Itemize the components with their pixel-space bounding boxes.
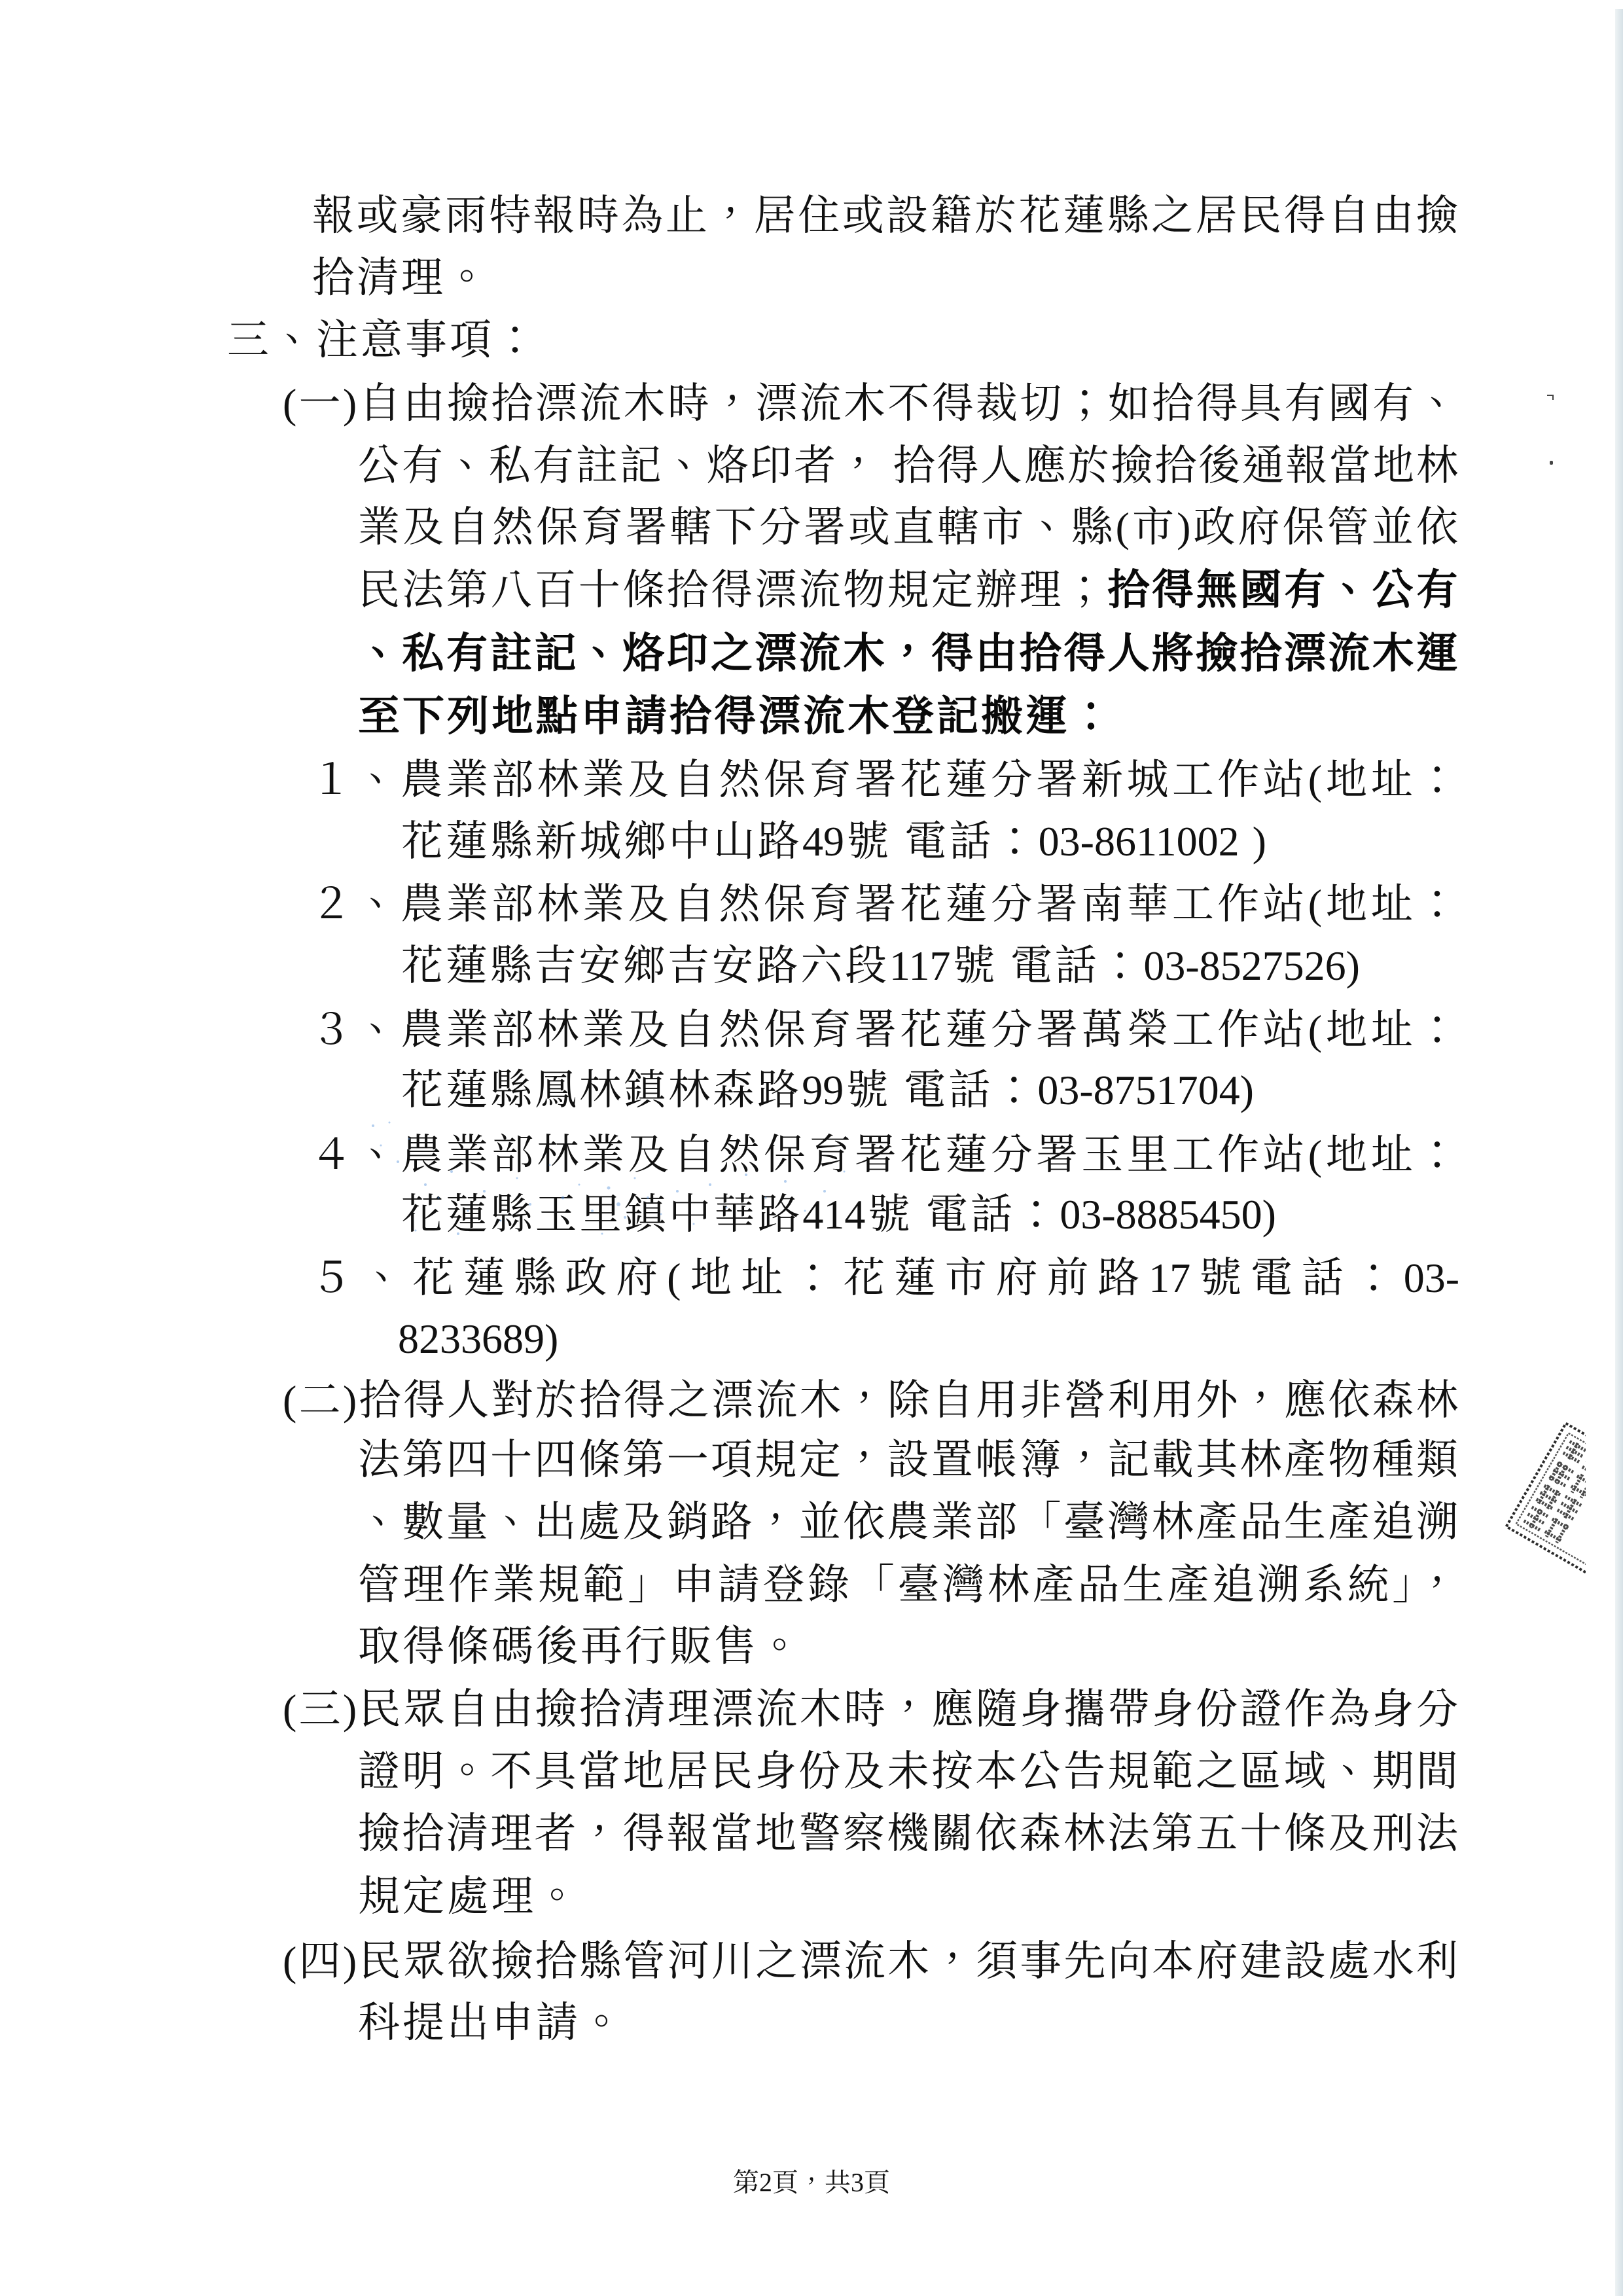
bold-text-run: 、私有註記、烙印之漂流木，得由拾得人將撿拾漂流木運 bbox=[358, 630, 1458, 677]
text-run: 民眾自由撿拾清理漂流木時，應隨身攜帶身份證作為身分 bbox=[357, 1686, 1458, 1732]
list-item-first-line: (三)民眾自由撿拾清理漂流木時，應隨身攜帶身份證作為身分 bbox=[283, 1678, 1458, 1741]
body-text-line: 拾清理。 bbox=[312, 247, 490, 310]
body-text-line: 取得條碼後再行販售。 bbox=[358, 1615, 803, 1678]
body-text-line: 民法第八百十條拾得漂流物規定辦理；拾得無國有、公有 bbox=[358, 559, 1458, 622]
location-item: １、農業部林業及自然保育署花蓮分署新城工作站(地址： bbox=[310, 749, 1458, 812]
item-marker: (一) bbox=[283, 380, 357, 427]
location-item: ２、農業部林業及自然保育署花蓮分署南華工作站(地址： bbox=[310, 873, 1458, 936]
scan-edge-strip bbox=[1615, 9, 1623, 2296]
text-run: 公有、私有註記、烙印者， 拾得人應於撿拾後通報當地林 bbox=[358, 442, 1458, 489]
list-item-first-line: (四)民眾欲撿拾縣管河川之漂流木，須事先向本府建設處水利 bbox=[283, 1930, 1458, 1993]
location-line: 農業部林業及自然保育署花蓮分署萬榮工作站(地址： bbox=[401, 1007, 1458, 1053]
body-text-line-bold: 至下列地點申請拾得漂流木登記搬運： bbox=[358, 685, 1115, 748]
location-number: ３、 bbox=[310, 1007, 401, 1053]
bold-text-run: 拾得無國有、公有 bbox=[1105, 567, 1458, 613]
body-text-line: 證明。不具當地居民身份及未按本公告規範之區域、期間 bbox=[358, 1740, 1458, 1803]
body-text-line: 管理作業規範」申請登錄「臺灣林產品生產追溯系統」， bbox=[358, 1554, 1458, 1617]
location-address-line: 花蓮縣吉安鄉吉安路六段117號 電話：03-8527526) bbox=[401, 935, 1360, 997]
body-text-line-bold: 、私有註記、烙印之漂流木，得由拾得人將撿拾漂流木運 bbox=[358, 622, 1458, 685]
body-text-line: 撿拾清理者，得報當地警察機關依森林法第五十條及刑法 bbox=[358, 1803, 1458, 1865]
location-number: ２、 bbox=[310, 881, 401, 927]
body-text-line: 公有、私有註記、烙印者， 拾得人應於撿拾後通報當地林 bbox=[358, 435, 1458, 497]
location-number: １、 bbox=[310, 757, 401, 803]
section-heading: 三、注意事項： bbox=[227, 309, 539, 372]
location-line: 農業部林業及自然保育署花蓮分署南華工作站(地址： bbox=[401, 881, 1458, 927]
body-text-line: 規定處理。 bbox=[358, 1865, 580, 1928]
body-text-line: 業及自然保育署轄下分署或直轄市、縣(市)政府保管並依 bbox=[358, 496, 1458, 559]
location-number: ５、 bbox=[310, 1255, 412, 1301]
location-line: 農業部林業及自然保育署花蓮分署新城工作站(地址： bbox=[401, 757, 1458, 803]
body-text-line: 法第四十四條第一項規定，設置帳簿，記載其林產物種類 bbox=[358, 1429, 1458, 1492]
list-item-first-line: (二)拾得人對於拾得之漂流木，除自用非營利用外，應依森林 bbox=[283, 1369, 1458, 1432]
body-text-line: 科提出申請。 bbox=[358, 1992, 625, 2054]
body-text-line: 報或豪雨特報時為止，居住或設籍於花蓮縣之居民得自由撿 bbox=[312, 185, 1458, 247]
bold-text-run: 至下列地點申請拾得漂流木登記搬運： bbox=[358, 693, 1115, 740]
location-item: ５、花蓮縣政府(地址：花蓮市府前路17號電話：03- bbox=[310, 1247, 1459, 1310]
text-run: 民法第八百十條拾得漂流物規定辦理； bbox=[358, 567, 1105, 613]
item-marker: (四) bbox=[283, 1938, 357, 1984]
body-text-line: 、數量、出處及銷路，並依農業部「臺灣林產品生產追溯 bbox=[358, 1491, 1458, 1554]
text-run: 拾得人對於拾得之漂流木，除自用非營利用外，應依森林 bbox=[357, 1377, 1458, 1424]
document-page: 報或豪雨特報時為止，居住或設籍於花蓮縣之居民得自由撿 拾清理。 三、注意事項： … bbox=[0, 0, 1623, 2296]
item-marker: (三) bbox=[283, 1686, 357, 1732]
footer-page-indicator: 第2頁，共3頁 bbox=[713, 2166, 910, 2199]
scan-speckles bbox=[353, 1100, 877, 1244]
location-address-line: 花蓮縣新城鄉中山路49號 電話：03-8611002 ) bbox=[401, 810, 1266, 873]
location-item: ３、農業部林業及自然保育署花蓮分署萬榮工作站(地址： bbox=[310, 999, 1458, 1062]
text-run: 業及自然保育署轄下分署或直轄市、縣(市)政府保管並依 bbox=[358, 504, 1458, 550]
seal-stamp-partial bbox=[1492, 1407, 1597, 1597]
list-item-first-line: (一)自由撿拾漂流木時，漂流木不得裁切；如拾得具有國有、 bbox=[283, 372, 1458, 435]
location-address-line: 8233689) bbox=[398, 1308, 558, 1371]
text-run: 民眾欲撿拾縣管河川之漂流木，須事先向本府建設處水利 bbox=[357, 1938, 1458, 1984]
item-marker: (二) bbox=[283, 1377, 357, 1424]
location-line: 花蓮縣政府(地址：花蓮市府前路17號電話：03- bbox=[412, 1255, 1459, 1301]
scan-mark bbox=[1550, 461, 1553, 465]
text-run: 自由撿拾漂流木時，漂流木不得裁切；如拾得具有國有、 bbox=[357, 380, 1458, 427]
scan-mark bbox=[1552, 395, 1554, 400]
